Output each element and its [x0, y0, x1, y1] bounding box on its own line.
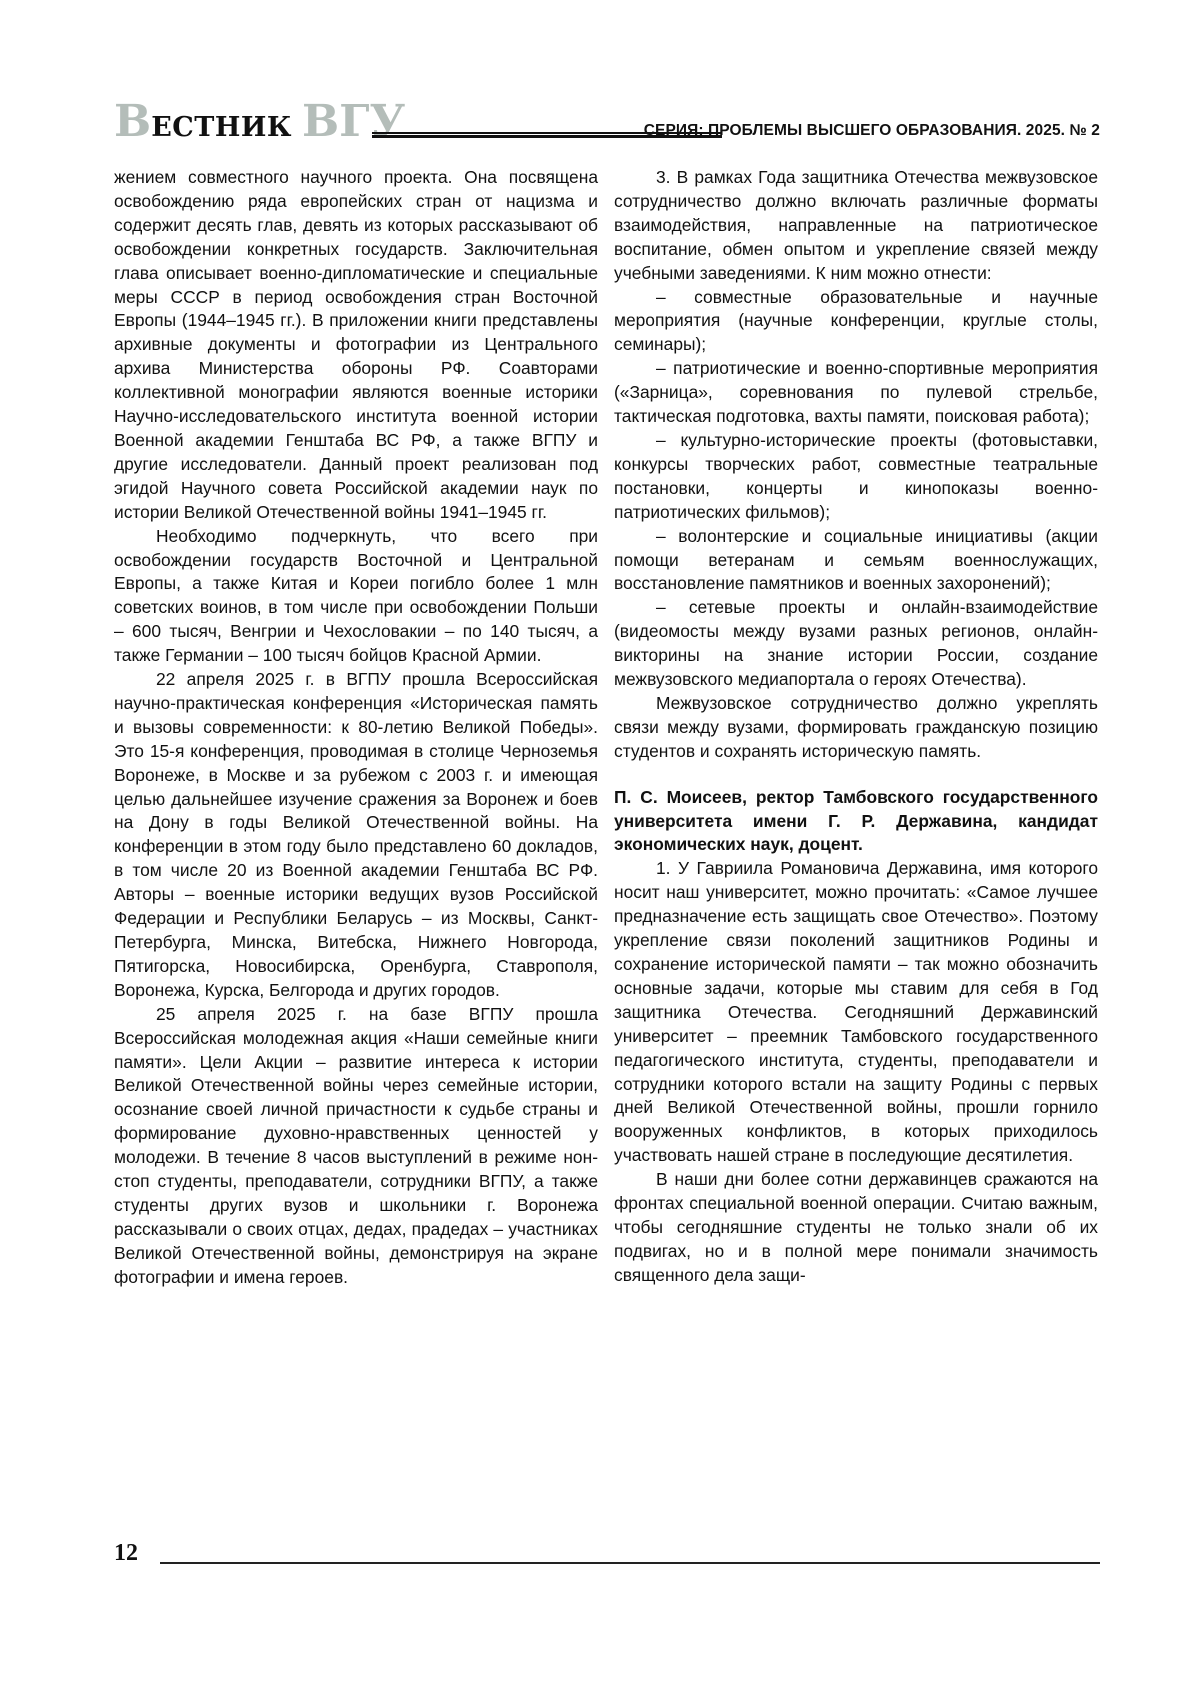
logo-rest: ЕСТНИК: [151, 112, 292, 143]
list-item: – сетевые проекты и онлайн-взаимодействи…: [614, 596, 1098, 692]
list-item: – патриотические и военно-спортивные мер…: [614, 357, 1098, 429]
right-column: 3. В рамках Года защитника Отечества меж…: [614, 166, 1098, 1288]
paragraph: 1. У Гавриила Романовича Державина, имя …: [614, 857, 1098, 1168]
list-item: – волонтерские и социальные инициативы (…: [614, 525, 1098, 597]
author-heading: П. С. Моисеев, ректор Тамбовского госуда…: [614, 786, 1098, 858]
footer-rule: [160, 1562, 1100, 1564]
paragraph: Необходимо подчеркнуть, что всего при ос…: [114, 525, 598, 668]
paragraph-intro: 3. В рамках Года защитника Отечества меж…: [614, 166, 1098, 286]
list-item: – культурно-исторические проекты (фотовы…: [614, 429, 1098, 525]
paragraph: 22 апреля 2025 г. в ВГПУ прошла Всеросси…: [114, 668, 598, 1003]
logo-initial: В: [114, 96, 151, 147]
logo-vgu: ВГУ: [302, 96, 405, 147]
paragraph: В наши дни более сотни державинцев сража…: [614, 1168, 1098, 1288]
page-number: 12: [114, 1540, 138, 1567]
paragraph: 25 апреля 2025 г. на базе ВГПУ прошла Вс…: [114, 1003, 598, 1290]
left-column: жением совместного научного проекта. Она…: [114, 166, 598, 1290]
list-item: – совместные образовательные и научные м…: [614, 286, 1098, 358]
journal-logo: ВЕСТНИКВГУ: [114, 100, 405, 144]
running-header: ВЕСТНИКВГУ СЕРИЯ: ПРОБЛЕМЫ ВЫСШЕГО ОБРАЗ…: [114, 100, 1100, 150]
page-footer: 12: [114, 1540, 1100, 1570]
series-title: СЕРИЯ: ПРОБЛЕМЫ ВЫСШЕГО ОБРАЗОВАНИЯ. 202…: [644, 122, 1100, 140]
paragraph-conclusion: Межвузовское сотрудничество должно укреп…: [614, 692, 1098, 764]
paragraph: жением совместного научного проекта. Она…: [114, 166, 598, 525]
